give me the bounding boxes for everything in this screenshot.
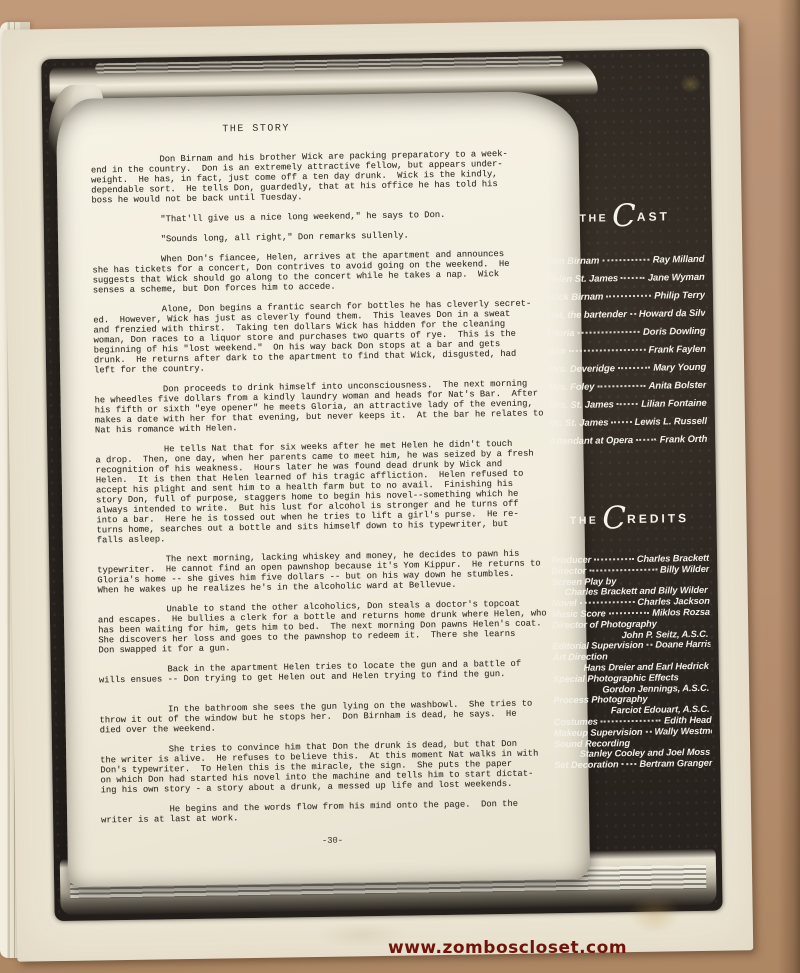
dotted-leader [630,313,636,315]
credit-row: Art DirectionHans Dreier and Earl Hedric… [553,650,711,674]
watermark: www.zomboscloset.com [388,938,627,958]
story-paragraph: The next morning, lacking whiskey and mo… [97,548,560,595]
cast-actor: Philip Terry [654,287,705,306]
credit-label: Producer [551,555,591,566]
credits-heading-the: THE [570,515,599,527]
story-paragraph: When Don's fiancee, Helen, arrives at th… [92,248,555,295]
cast-role: Bim [548,343,566,361]
dotted-leader [597,385,645,388]
credit-label: Sound Recording [554,738,630,749]
credits-list: ProducerCharles Brackett DirectorBilly W… [551,553,712,771]
cast-role: Nat, the bartender [547,306,627,325]
page-number: -30- [101,832,563,849]
credit-label: Screen Play by [551,576,616,587]
credit-row: Special Photographic EffectsGordon Jenni… [553,672,711,696]
cast-actor: Ray Milland [653,251,705,270]
cast-actor: Lewis L. Russell [635,413,708,432]
credit-row: Sound RecordingStanley Cooley and Joel M… [554,736,712,760]
cast-role: Attendant at Opera [549,432,633,451]
cast-role: Mrs. Foley [548,379,594,398]
story-paragraph: Don Birnam and his brother Wick are pack… [91,148,554,205]
cast-heading: THE C AST [546,209,705,247]
dotted-leader [580,601,635,604]
dotted-leader [645,730,651,732]
cast-role: Mrs. Deveridge [548,360,615,379]
story-artwork-panel: THE STORY Don Birnam and his brother Wic… [41,49,722,921]
story-paragraph: "Sounds long, all right," Don remarks su… [92,228,554,245]
story-sheet: THE STORY Don Birnam and his brother Wic… [56,91,590,887]
credit-label: Novel [552,598,577,609]
story-paragraph: She tries to convince him that Don the d… [100,738,563,795]
cast-actor: Mary Young [653,359,706,378]
dotted-leader [601,720,661,723]
credit-row: Set DecorationBertram Granger [554,758,712,771]
credit-row: Screen Play byCharles Brackett and Billy… [551,574,709,598]
credit-label: Special Photographic Effects [553,672,679,684]
dotted-leader [618,367,650,370]
cast-actor: Howard da Silva [639,305,706,324]
cast-heading-the: THE [580,212,609,224]
credit-label: Director of Photography [552,618,657,630]
cast-role: Wick Birnam [547,288,604,307]
story-paragraph: Back in the apartment Helen tries to loc… [99,658,561,685]
cast-list: Don BirnamRay Milland Helen St. JamesJan… [546,251,707,451]
credit-label: Director [551,566,586,577]
cast-role: Mrs. St. James [549,396,614,415]
credit-label: Art Direction [553,652,608,663]
story-paragraph: "That'll give us a nice long weekend," h… [92,208,554,225]
credit-label: Process Photography [553,694,647,705]
cast-row: Attendant at OperaFrank Orth [549,431,707,451]
story-paragraph: He tells Nat that for six weeks after he… [95,438,559,545]
dotted-leader [609,612,650,615]
dotted-leader [617,403,638,405]
credit-row: Director of PhotographyJohn P. Seitz, A.… [552,618,710,642]
story-title: THE STORY [222,119,552,135]
story-paragraph: Don proceeds to drink himself into uncon… [94,378,557,435]
story-paragraph: Unable to stand the other alcoholics, Do… [98,598,561,655]
credit-label: Music Score [552,608,606,620]
cast-actor: Doris Dowling [643,323,706,342]
cast-actor: Lilian Fontaine [641,395,707,414]
credit-value: Bertram Granger [639,758,712,770]
cast-credits-column: THE C AST Don BirnamRay Milland Helen St… [546,209,713,771]
credit-value: Miklos Rozsa [652,607,710,619]
story-paragraph: In the bathroom she sees the gun lying o… [99,698,561,735]
story-paragraph: He begins and the words flow from his mi… [101,798,563,825]
credit-value: Edith Head [664,715,712,727]
story-paragraph: Alone, Don begins a frantic search for b… [93,298,556,375]
pressbook-page: THE STORY Don Birnam and his brother Wic… [3,18,754,961]
credits-heading: THE C REDITS [550,511,709,549]
dotted-leader [589,568,657,571]
cast-role: Helen St. James [547,270,619,289]
dotted-leader [622,763,637,765]
credit-label: Set Decoration [554,759,618,771]
cast-actor: Anita Bolster [648,377,706,396]
cast-actor: Frank Faylen [648,341,706,360]
dotted-leader [621,277,645,279]
credit-row: Process PhotographyFarciot Edouart, A.S.… [553,693,711,717]
dotted-leader [594,558,634,561]
credit-value: Billy Wilder [660,564,710,576]
credit-value: Wally Westmore [654,726,712,738]
dotted-leader [611,421,631,423]
cast-role: Gloria [547,325,574,343]
scanned-pressbook-page: THE STORY Don Birnam and his brother Wic… [0,0,800,973]
cast-role: Don Birnam [546,252,599,271]
dotted-leader [646,644,652,646]
dotted-leader [577,331,640,334]
dotted-leader [606,295,651,298]
credit-label: Editorial Supervision [552,640,643,652]
cast-actor: Frank Orth [660,431,708,450]
credits-heading-rest: REDITS [627,511,689,526]
dotted-leader [636,439,657,441]
dotted-leader [568,349,645,352]
cast-actor: Jane Wyman [648,269,705,288]
cast-role: Mr. St. James [549,414,609,433]
credit-value: Doane Harrison [655,639,710,651]
cast-heading-rest: AST [637,209,670,224]
credit-label: Costumes [554,717,598,728]
dotted-leader [602,259,649,262]
